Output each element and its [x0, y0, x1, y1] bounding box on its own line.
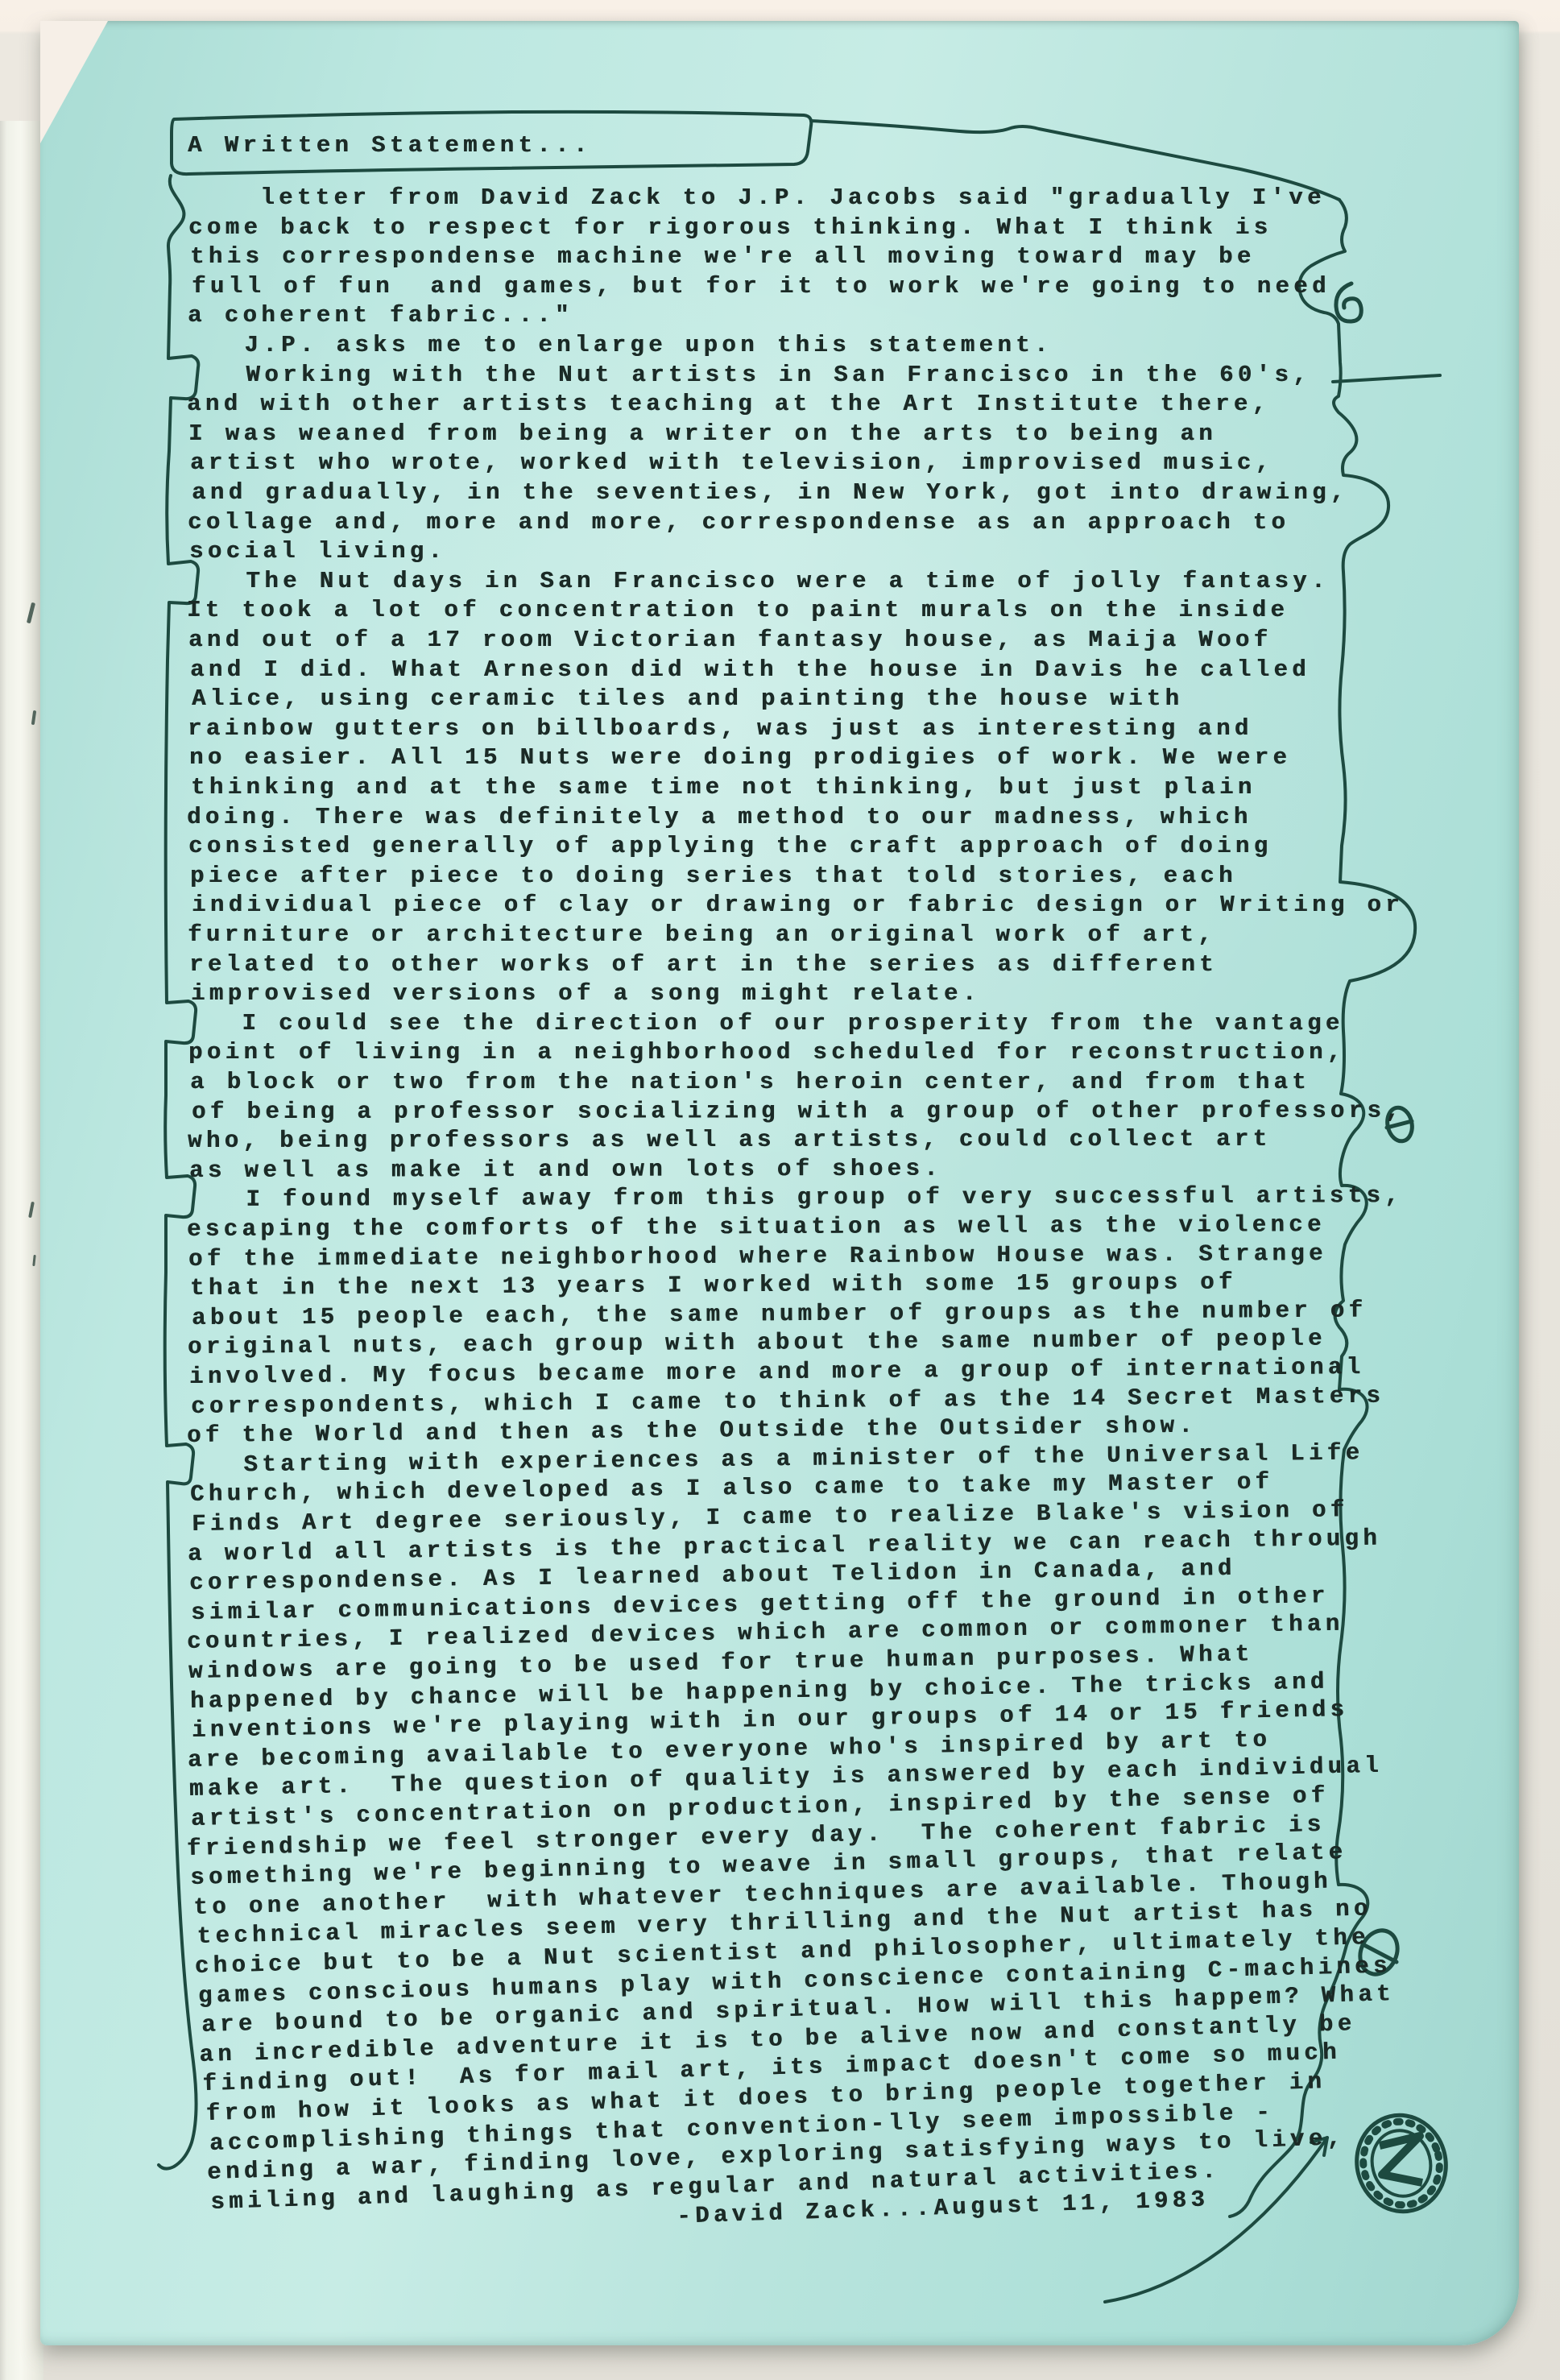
text-line: full of fun and games, but for it to wor…: [192, 272, 1330, 301]
text-line: rainbow gutters on billboards, was just …: [188, 714, 1253, 743]
text-line: letter from David Zack to J.P. Jacobs sa…: [187, 184, 1326, 213]
text-line: come back to respect for rigorous thinki…: [188, 213, 1272, 242]
text-line: doing. There was definitely a method to …: [187, 803, 1252, 832]
text-line: and out of a 17 room Victorian fantasy h…: [188, 626, 1272, 655]
text-line: Alice, using ceramic tiles and painting …: [192, 685, 1183, 714]
text-line: as well as make it and own lots of shoes…: [189, 1154, 942, 1185]
text-line: this correspondense machine we're all mo…: [190, 242, 1256, 271]
text-line: escaping the comforts of the situation a…: [187, 1211, 1326, 1244]
text-line: a coherent fabric...": [188, 301, 573, 330]
text-line: artist who wrote, worked with television…: [190, 449, 1273, 478]
body-lines: -David Zack...August 11, 1983 letter fro…: [189, 184, 1478, 2318]
text-line: and with other artists teaching at the A…: [187, 390, 1270, 419]
text-line: individual piece of clay or drawing or f…: [192, 891, 1404, 920]
text-line: furniture or architecture being an origi…: [188, 921, 1216, 950]
text-line: a block or two from the nation's heroin …: [190, 1068, 1310, 1097]
text-line: related to other works of art in the ser…: [189, 950, 1218, 979]
text-line: consisted generally of applying the craf…: [188, 832, 1272, 861]
text-line: improvised versions of a song might rela…: [191, 979, 981, 1008]
text-line: It took a lot of concentration to paint …: [187, 596, 1289, 625]
text-line: Working with the Nut artists in San Fran…: [191, 361, 1311, 390]
text-line: of being a professor socializing with a …: [192, 1096, 1404, 1126]
text-line: J.P. asks me to enlarge upon this statem…: [189, 331, 1053, 360]
text-line: and I did. What Arneson did with the hou…: [190, 656, 1310, 685]
text-line: who, being professors as well as artists…: [188, 1125, 1271, 1156]
text-line: social living.: [189, 537, 446, 566]
text-line: piece after piece to doing series that t…: [190, 862, 1237, 891]
text-line: no easier. All 15 Nuts were doing prodig…: [189, 743, 1291, 772]
text-line: thinking and at the same time not thinki…: [191, 773, 1256, 802]
text-line: I was weaned from being a writer on the …: [188, 420, 1217, 449]
text-line: I could see the direction of our prosper…: [187, 1009, 1344, 1038]
page-title: A Written Statement...: [188, 132, 592, 159]
text-line: and gradually, in the seventies, in New …: [192, 478, 1349, 507]
text-line: The Nut days in San Francisco were a tim…: [191, 567, 1330, 596]
text-line: I found myself away from this group of v…: [191, 1182, 1403, 1215]
text-line: point of living in a neighborhood schedu…: [188, 1038, 1346, 1067]
text-line: collage and, more and more, corresponden…: [188, 508, 1289, 537]
photo-of-zine-page: A Written Statement... -David Zack...Aug…: [0, 0, 1560, 2380]
